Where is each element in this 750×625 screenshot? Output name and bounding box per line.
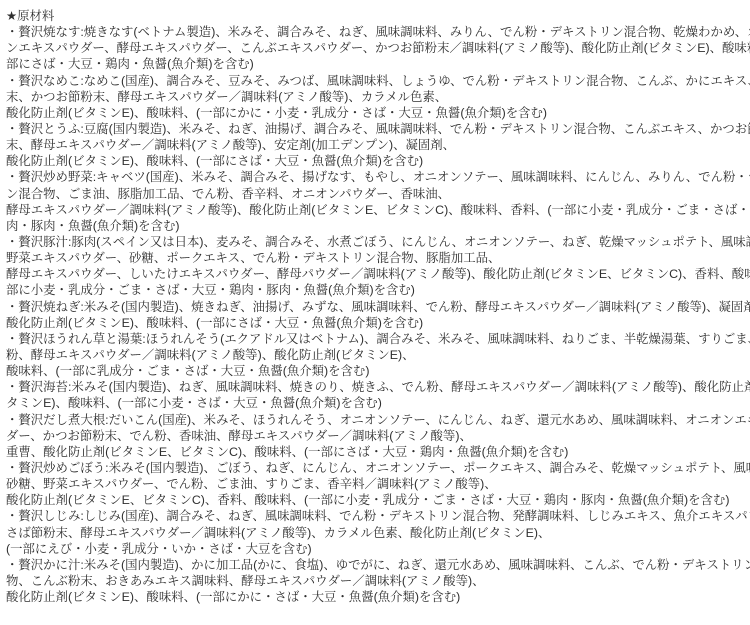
ingredient-entry-9: ・贅沢だし煮大根:だいこん(国産)、米みそ、ほうれんそう、オニオンソテー、にんじ…	[6, 412, 748, 460]
text-line: 酸化防止剤(ビタミンE)、酸味料、(一部にかに・小麦・乳成分・さば・大豆・魚醤(…	[6, 105, 748, 121]
text-line: ・贅沢だし煮大根:だいこん(国産)、米みそ、ほうれんそう、オニオンソテー、にんじ…	[6, 412, 748, 428]
ingredient-entry-3: ・贅沢とうふ:豆腐(国内製造)、米みそ、ねぎ、油揚げ、調合みそ、風味調味料、でん…	[6, 121, 748, 169]
ingredient-entries: ・贅沢焼なす:焼きなす(ベトナム製造)、米みそ、調合みそ、ねぎ、風味調味料、みり…	[6, 24, 748, 605]
ingredient-entry-5: ・贅沢豚汁:豚肉(スペイン又は日本)、麦みそ、調合みそ、水煮ごぼう、にんじん、オ…	[6, 234, 748, 299]
text-line: 酵母エキスパウダー、しいたけエキスパウダー、酵母パウダー／調味料(アミノ酸等)、…	[6, 266, 748, 282]
ingredient-entry-12: ・贅沢かに汁:米みそ(国内製造)、かに加工品(かに、食塩)、ゆでがに、ねぎ、還元…	[6, 557, 748, 605]
text-line: 酸味料、(一部に乳成分・ごま・さば・大豆・魚醤(魚介類)を含む)	[6, 363, 748, 379]
text-line: (一部にえび・小麦・乳成分・いか・さば・大豆を含む)	[6, 541, 748, 557]
ingredient-entry-10: ・贅沢炒めごぼう:米みそ(国内製造)、ごぼう、ねぎ、にんじん、オニオンソテー、ポ…	[6, 460, 748, 508]
text-line: ・贅沢とうふ:豆腐(国内製造)、米みそ、ねぎ、油揚げ、調合みそ、風味調味料、でん…	[6, 121, 748, 137]
text-line: 酸化防止剤(ビタミンE)、酸味料、(一部にかに・さば・大豆・魚醤(魚介類)を含む…	[6, 589, 748, 605]
text-line: 部にさば・大豆・鶏肉・魚醤(魚介類)を含む)	[6, 56, 748, 72]
text-line: さば節粉末、酵母エキスパウダー／調味料(アミノ酸等)、カラメル色素、酸化防止剤(…	[6, 525, 748, 541]
ingredient-entry-1: ・贅沢焼なす:焼きなす(ベトナム製造)、米みそ、調合みそ、ねぎ、風味調味料、みり…	[6, 24, 748, 72]
text-line: 酵母エキスパウダー／調味料(アミノ酸等)、酸化防止剤(ビタミンE、ビタミンC)、…	[6, 202, 748, 218]
ingredient-entry-7: ・贅沢ほうれん草と湯葉:ほうれんそう(エクアドル又はベトナム)、調合みそ、米みそ…	[6, 331, 748, 379]
text-line: ・贅沢海苔:米みそ(国内製造)、ねぎ、風味調味料、焼きのり、焼きふ、でん粉、酵母…	[6, 379, 748, 395]
text-line: 肉・豚肉・魚醤(魚介類)を含む)	[6, 218, 748, 234]
text-line: 末、かつお節粉末、酵母エキスパウダー／調味料(アミノ酸等)、カラメル色素、	[6, 89, 748, 105]
text-line: タミンE)、酸味料、(一部に小麦・さば・大豆・魚醤(魚介類)を含む)	[6, 395, 748, 411]
text-line: 酸化防止剤(ビタミンE、ビタミンC)、香料、酸味料、(一部に小麦・乳成分・ごま・…	[6, 492, 748, 508]
text-line: 部に小麦・乳成分・ごま・さば・大豆・鶏肉・豚肉・魚醤(魚介類)を含む)	[6, 282, 748, 298]
ingredient-entry-4: ・贅沢炒め野菜:キャベツ(国産)、米みそ、調合みそ、揚げなす、もやし、オニオンソ…	[6, 169, 748, 234]
text-line: ・贅沢炒め野菜:キャベツ(国産)、米みそ、調合みそ、揚げなす、もやし、オニオンソ…	[6, 169, 748, 185]
text-line: ・贅沢焼なす:焼きなす(ベトナム製造)、米みそ、調合みそ、ねぎ、風味調味料、みり…	[6, 24, 748, 40]
ingredient-entry-8: ・贅沢海苔:米みそ(国内製造)、ねぎ、風味調味料、焼きのり、焼きふ、でん粉、酵母…	[6, 379, 748, 411]
text-line: ダー、かつお節粉末、でん粉、香味油、酵母エキスパウダー／調味料(アミノ酸等)、	[6, 428, 748, 444]
text-line: 物、こんぶ粉末、おきあみエキス調味料、酵母エキスパウダー／調味料(アミノ酸等)、	[6, 573, 748, 589]
text-line: ・贅沢焼ねぎ:米みそ(国内製造)、焼きねぎ、油揚げ、みずな、風味調味料、でん粉、…	[6, 299, 748, 315]
text-line: ・贅沢炒めごぼう:米みそ(国内製造)、ごぼう、ねぎ、にんじん、オニオンソテー、ポ…	[6, 460, 748, 476]
text-line: ・贅沢豚汁:豚肉(スペイン又は日本)、麦みそ、調合みそ、水煮ごぼう、にんじん、オ…	[6, 234, 748, 250]
text-line: 重曹、酸化防止剤(ビタミンE、ビタミンC)、酸味料、(一部にさば・大豆・鶏肉・魚…	[6, 444, 748, 460]
text-line: 酸化防止剤(ビタミンE)、酸味料、(一部にさば・大豆・魚醤(魚介類)を含む)	[6, 153, 748, 169]
ingredient-entry-11: ・贅沢しじみ:しじみ(国産)、調合みそ、ねぎ、風味調味料、でん粉・デキストリン混…	[6, 508, 748, 556]
text-line: ・贅沢かに汁:米みそ(国内製造)、かに加工品(かに、食塩)、ゆでがに、ねぎ、還元…	[6, 557, 748, 573]
ingredient-entry-6: ・贅沢焼ねぎ:米みそ(国内製造)、焼きねぎ、油揚げ、みずな、風味調味料、でん粉、…	[6, 299, 748, 331]
ingredients-document: ★原材料 ・贅沢焼なす:焼きなす(ベトナム製造)、米みそ、調合みそ、ねぎ、風味調…	[0, 0, 750, 625]
text-line: 砂糖、野菜エキスパウダー、でん粉、ごま油、すりごま、香辛料／調味料(アミノ酸等)…	[6, 476, 748, 492]
text-line: 野菜エキスパウダー、砂糖、ポークエキス、でん粉・デキストリン混合物、豚脂加工品、	[6, 250, 748, 266]
ingredient-entry-2: ・贅沢なめこ:なめこ(国産)、調合みそ、豆みそ、みつば、風味調味料、しょうゆ、で…	[6, 73, 748, 121]
text-line: ンエキスパウダー、酵母エキスパウダー、こんぶエキスパウダー、かつお節粉末／調味料…	[6, 40, 748, 56]
text-line: 粉、酵母エキスパウダー／調味料(アミノ酸等)、酸化防止剤(ビタミンE)、	[6, 347, 748, 363]
section-heading: ★原材料	[6, 8, 748, 24]
text-line: ・贅沢しじみ:しじみ(国産)、調合みそ、ねぎ、風味調味料、でん粉・デキストリン混…	[6, 508, 748, 524]
text-line: ン混合物、ごま油、豚脂加工品、でん粉、香辛料、オニオンパウダー、香味油、	[6, 186, 748, 202]
text-line: ・贅沢ほうれん草と湯葉:ほうれんそう(エクアドル又はベトナム)、調合みそ、米みそ…	[6, 331, 748, 347]
text-line: ・贅沢なめこ:なめこ(国産)、調合みそ、豆みそ、みつば、風味調味料、しょうゆ、で…	[6, 73, 748, 89]
text-line: 酸化防止剤(ビタミンE)、酸味料、(一部にさば・大豆・魚醤(魚介類)を含む)	[6, 315, 748, 331]
text-line: 末、酵母エキスパウダー／調味料(アミノ酸等)、安定剤(加工デンプン)、凝固剤、	[6, 137, 748, 153]
